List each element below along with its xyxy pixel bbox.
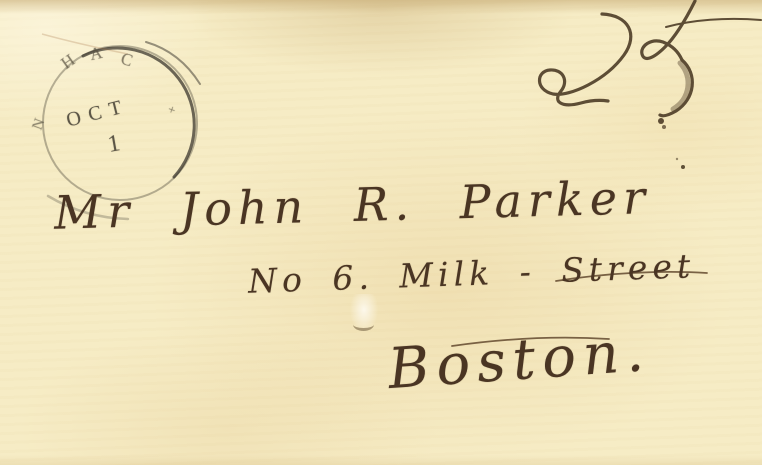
seal-show-through-edge (353, 318, 374, 331)
paper-crease (42, 34, 128, 54)
postal-cover-scan: 25 H A C N + OCT 1 Mr John R. P (0, 0, 762, 465)
ink-specks (676, 158, 685, 169)
manuscript-rate-25: 25 (539, 1, 761, 129)
